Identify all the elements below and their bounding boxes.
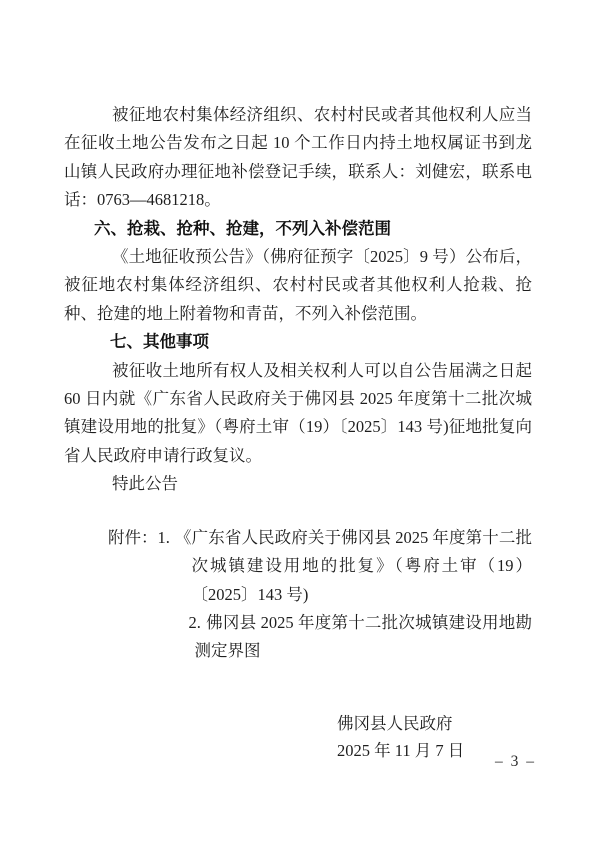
signature-issuer: 佛冈县人民政府 [337,710,532,737]
paragraph-registration-notice: 被征地农村集体经济组织、农村村民或者其他权利人应当在征收土地公告发布之日起 10… [64,101,532,215]
attachment-item-number: 2. [189,613,206,632]
attachment-item-text: 佛冈县 2025 年度第十二批次城镇建设用地勘测定界图 [195,613,533,660]
paragraph-section-six: 《土地征收预公告》（佛府征预字〔2025〕9 号）公布后，被征地农村集体经济组织… [64,243,532,328]
attachment-item: 2.佛冈县 2025 年度第十二批次城镇建设用地勘测定界图 [158,609,533,666]
attachment-item-number: 1. [158,528,175,547]
attachments-label: 附件： [108,524,158,666]
section-heading-six: 六、抢栽、抢种、抢建，不列入补偿范围 [64,215,532,243]
section-heading-seven: 七、其他事项 [64,328,532,356]
paragraph-section-seven: 被征收土地所有权人及相关权利人可以自公告届满之日起 60 日内就《广东省人民政府… [64,357,532,471]
attachment-item: 1.《广东省人民政府关于佛冈县 2025 年度第十二批次城镇建设用地的批复》（粤… [158,524,533,609]
document-page: 被征地农村集体经济组织、农村村民或者其他权利人应当在征收土地公告发布之日起 10… [0,0,600,848]
document-body: 被征地农村集体经济组织、农村村民或者其他权利人应当在征收土地公告发布之日起 10… [64,101,532,764]
attachments-list: 1.《广东省人民政府关于佛冈县 2025 年度第十二批次城镇建设用地的批复》（粤… [158,524,533,666]
attachments-block: 附件： 1.《广东省人民政府关于佛冈县 2025 年度第十二批次城镇建设用地的批… [64,524,532,666]
closing-statement: 特此公告 [64,470,532,498]
attachment-item-text: 《广东省人民政府关于佛冈县 2025 年度第十二批次城镇建设用地的批复》（粤府土… [175,528,532,604]
page-number: – 3 – [495,753,536,771]
